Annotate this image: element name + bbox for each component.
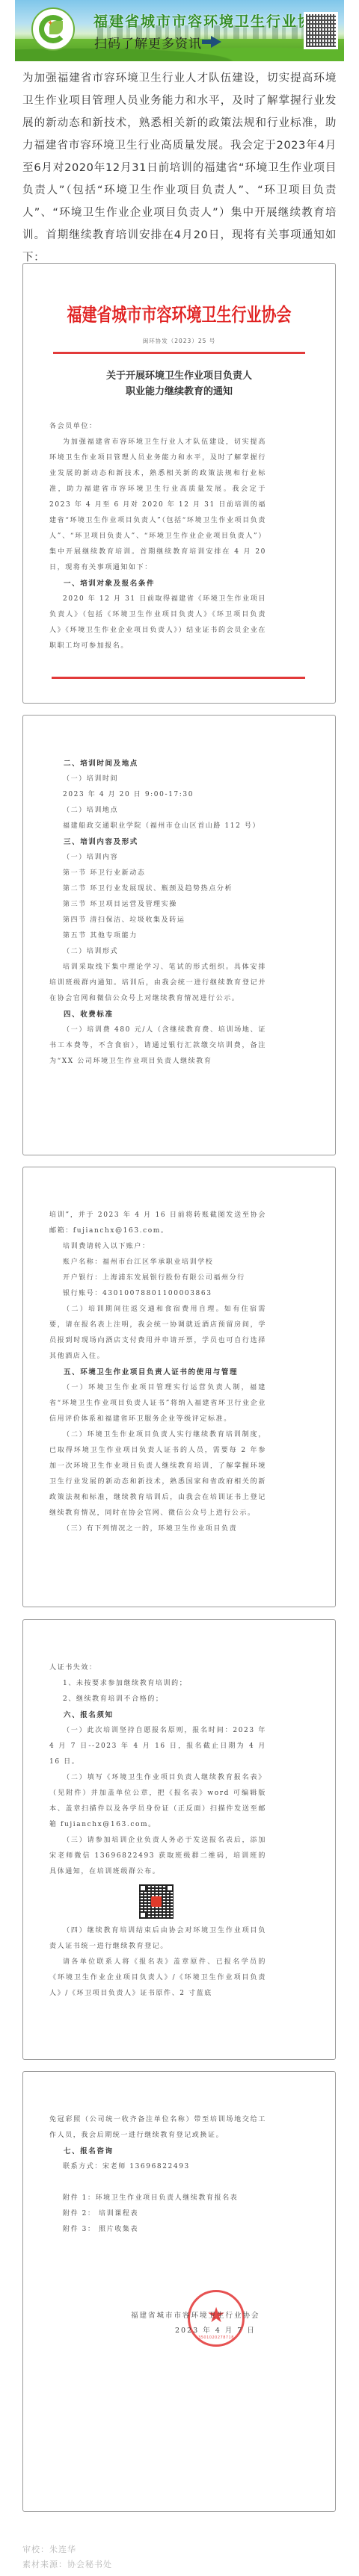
document-page-1[interactable]: 福建省城市市容环境卫生行业协会 闽环协发（2023）25 号 关于开展环境卫生作…: [22, 263, 336, 704]
lesson-item: 第三节 环卫项目运营及管理实操: [49, 897, 266, 913]
training-time: 2023 年 4 月 20 日 9:00-17:30: [49, 787, 266, 803]
association-logo-icon: ✦: [31, 7, 75, 51]
account-number: 银行账号：43010078801100003863: [49, 1286, 266, 1302]
attachment-item: 附件 3： 照片收集表: [49, 2222, 266, 2238]
reviewer-credit: 审校：朱连华: [22, 2542, 112, 2557]
lesson-item: 第一节 环卫行业新动态: [49, 866, 266, 881]
training-place: 福建船政交通职业学院（福州市仓山区首山路 112 号）: [49, 819, 266, 834]
red-divider: [53, 352, 305, 354]
signature-date: 2023 年 4 月 7 日: [175, 2324, 256, 2335]
doc-paragraph: （四）继续教育培训结束后由协会对环境卫生作业项目负责人证书统一进行继续教育登记。: [49, 1923, 266, 1955]
doc-body-5: 免冠彩照（公司统一收齐备注单位名称）带至培训场地交给工作人员，我会后期统一进行继…: [49, 2112, 266, 2238]
source-credit: 素材来源：协会秘书处: [22, 2557, 112, 2572]
lesson-item: 第五节 其他专项能力: [49, 928, 266, 944]
doc-paragraph: （二）环境卫生作业项目负责人实行继续教育培训制度，已取得环境卫生作业项目负责人证…: [49, 1427, 266, 1521]
account-name: 账户名称：福州市台江区华承职业培训学校: [49, 1255, 266, 1270]
doc-body-4: 人证书失效： 1、未按要求参加继续教育培训的； 2、继续教育培训不合格的； 六、…: [49, 1660, 266, 2002]
doc-paragraph: （一）环境卫生作业项目管理实行运营负责人制，福建省“环境卫生作业项目负责人证书”…: [49, 1380, 266, 1427]
doc-body-2: 二、培训时间及地点 （一）培训时间 2023 年 4 月 20 日 9:00-1…: [49, 756, 266, 1070]
doc-body-1: 各会员单位： 为加强福建省市容环境卫生行业人才队伍建设，切实提高环境卫生作业项目…: [49, 419, 266, 654]
doc-number: 闽环协发（2023）25 号: [23, 337, 335, 345]
arrow-right-icon: [211, 36, 221, 48]
article-footer: 审校：朱连华 素材来源：协会秘书处: [22, 2542, 112, 2572]
doc-paragraph: 为加强福建省市容环境卫生行业人才队伍建设，切实提高环境卫生作业项目管理人员业务能…: [49, 435, 266, 576]
doc-paragraph: 2020 年 12 月 31 日前取得福建省《环境卫生作业项目负责人》（包括《环…: [49, 592, 266, 654]
doc-paragraph: 免冠彩照（公司统一收齐备注单位名称）带至培训场地交给工作人员，我会后期统一进行继…: [49, 2112, 266, 2144]
document-page-2[interactable]: 二、培训时间及地点 （一）培训时间 2023 年 4 月 20 日 9:00-1…: [22, 715, 336, 1155]
section-heading: 六、报名须知: [49, 1707, 266, 1723]
banner-slogan: 扫码了解更多资讯: [94, 33, 202, 52]
salutation: 各会员单位：: [49, 419, 266, 435]
document-page-3[interactable]: 培训”，并于 2023 年 4 月 16 日前将转账截图发送至协会邮箱：fuji…: [22, 1167, 336, 1607]
section-heading: 二、培训时间及地点: [49, 756, 266, 772]
contact-info: 联系方式：宋老师 13696822493: [49, 2159, 266, 2175]
banner-org-name: 福建省城市市容环境卫生行业协会: [93, 10, 329, 31]
bank-name: 开户银行：上海浦东发展银行股份有限公司福州分行: [49, 1270, 266, 1286]
qr-wrapper: [49, 1880, 266, 1923]
label: （二）培训形式: [49, 944, 266, 960]
doc-paragraph: （三）请参加培训企业负责人务必于发送报名表后，添加宋老师微信 136968224…: [49, 1833, 266, 1880]
list-item: 1、未按要求参加继续教育培训的；: [49, 1676, 266, 1692]
doc-paragraph: （一）培训费 480 元/人（含继续教育费、培训场地、证书工本费等，不含食宿），…: [49, 1022, 266, 1070]
document-page-5[interactable]: 免冠彩照（公司统一收齐备注单位名称）带至培训场地交给工作人员，我会后期统一进行继…: [22, 2071, 336, 2512]
attachment-item: 附件 1：环境卫生作业项目负责人继续教育报名表: [49, 2191, 266, 2206]
attachment-item: 附件 2： 培训课程表: [49, 2206, 266, 2222]
doc-body-3: 培训”，并于 2023 年 4 月 16 日前将转账截图发送至协会邮箱：fuji…: [49, 1208, 266, 1537]
header-banner: ✦ 福建省城市市容环境卫生行业协会 扫码了解更多资讯: [15, 0, 344, 61]
doc-paragraph: 请各单位联系人将《报名表》盖章原件、已报名学员的《环境卫生作业企业项目负责人》/…: [49, 1955, 266, 2002]
qr-code-icon[interactable]: [304, 12, 338, 49]
intro-paragraph: 为加强福建省市容环境卫生行业人才队伍建设，切实提高环境卫生作业项目管理人员业务能…: [22, 67, 337, 269]
lesson-item: 第二节 环卫行业发展现状、瓶颈及趋势热点分析: [49, 881, 266, 897]
section-heading: 三、培训内容及形式: [49, 834, 266, 850]
doc-paragraph: （二）填写《环境卫生作业项目负责人继续教育报名表》（见附件）并加盖单位公章，把《…: [49, 1770, 266, 1833]
doc-title: 关于开展环境卫生作业项目负责人 职业能力继续教育的通知: [23, 368, 335, 400]
signature-org: 福建省城市市容环境卫生行业协会: [131, 2309, 260, 2320]
doc-paragraph: 人证书失效：: [49, 1660, 266, 1676]
red-divider: [52, 677, 305, 679]
doc-title-line1: 关于开展环境卫生作业项目负责人: [23, 368, 335, 384]
section-heading: 七、报名咨询: [49, 2144, 266, 2159]
doc-paragraph: 培训费请转入以下账户：: [49, 1239, 266, 1255]
wechat-qr-code-icon[interactable]: [139, 1884, 174, 1919]
lesson-item: 第四节 清扫保洁、垃圾收集及转运: [49, 913, 266, 928]
doc-paragraph: 培训采取线下集中理论学习、笔试的形式组织。具体安排培训班级群内通知。培训后，由我…: [49, 960, 266, 1007]
doc-paragraph: （三）有下列情况之一的，环境卫生作业项目负责: [49, 1521, 266, 1537]
doc-paragraph: （二）培训期间往返交通和食宿费用自理。如有住宿需要，请在报名表上注明，我会统一协…: [49, 1302, 266, 1365]
doc-paragraph: （一）此次培训坚持自愿报名原则，报名时间：2023 年 4 月 7 日--202…: [49, 1723, 266, 1770]
section-heading: 四、收费标准: [49, 1007, 266, 1022]
doc-paragraph: 培训”，并于 2023 年 4 月 16 日前将转账截图发送至协会邮箱：fuji…: [49, 1208, 266, 1239]
label: （一）培训内容: [49, 850, 266, 866]
list-item: 2、继续教育培训不合格的；: [49, 1692, 266, 1707]
doc-org-title: 福建省城市市容环境卫生行业协会: [23, 300, 335, 326]
doc-title-line2: 职业能力继续教育的通知: [23, 384, 335, 400]
document-page-4[interactable]: 人证书失效： 1、未按要求参加继续教育培训的； 2、继续教育培训不合格的； 六、…: [22, 1619, 336, 2060]
label: （二）培训地点: [49, 803, 266, 819]
label: （一）培训时间: [49, 772, 266, 787]
section-heading: 五、环境卫生作业项目负责人证书的使用与管理: [49, 1365, 266, 1380]
section-heading: 一、培训对象及报名条件: [49, 576, 266, 592]
